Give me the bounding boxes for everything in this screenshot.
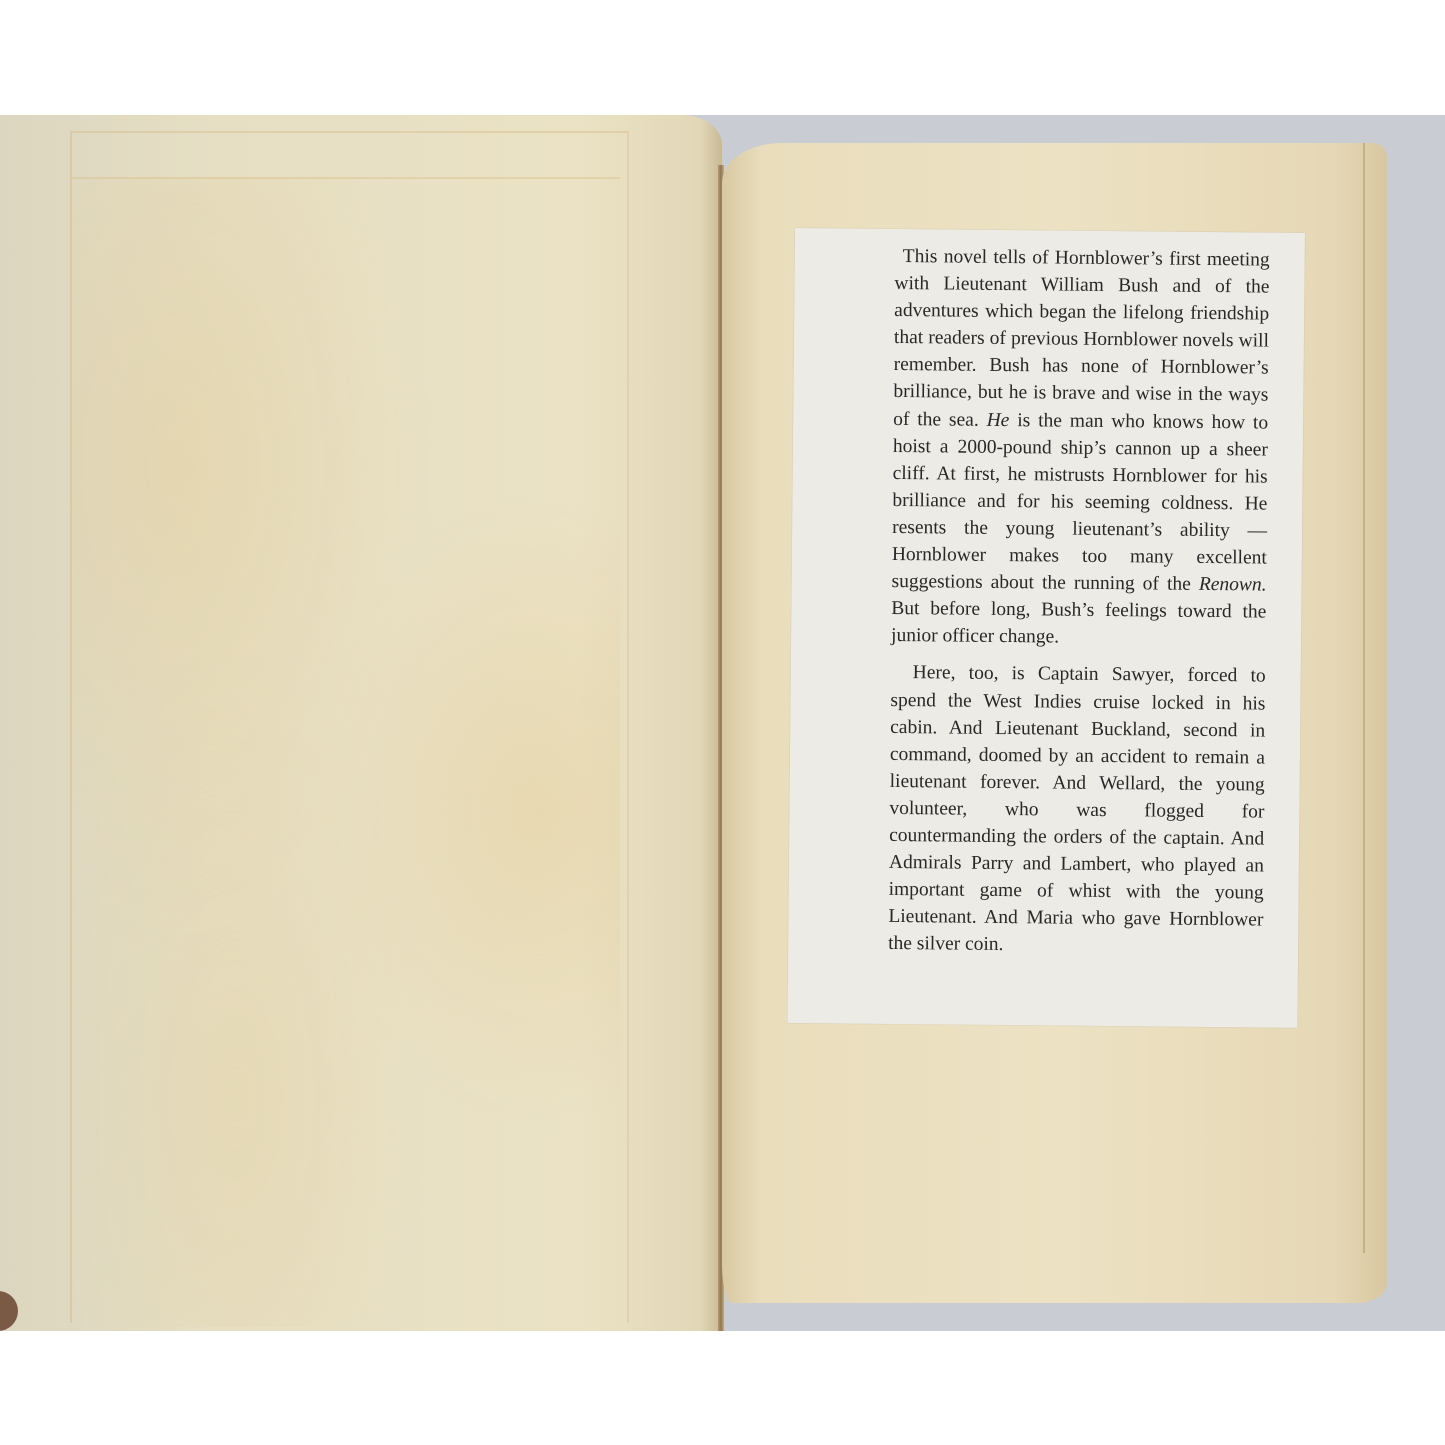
- clipping-paragraph-2: Here, too, is Captain Sawyer, forced to …: [888, 659, 1266, 961]
- page-stack-edge: [1363, 143, 1365, 1253]
- pasted-clipping: This novel tells of Hornblower’s first m…: [787, 228, 1305, 1028]
- left-page-blank-plate: [72, 177, 620, 1327]
- coin-object: [0, 1291, 18, 1331]
- left-page: [0, 115, 722, 1331]
- clipping-text: This novel tells of Hornblower’s first m…: [888, 243, 1270, 961]
- clipping-paragraph-1: This novel tells of Hornblower’s first m…: [891, 243, 1270, 653]
